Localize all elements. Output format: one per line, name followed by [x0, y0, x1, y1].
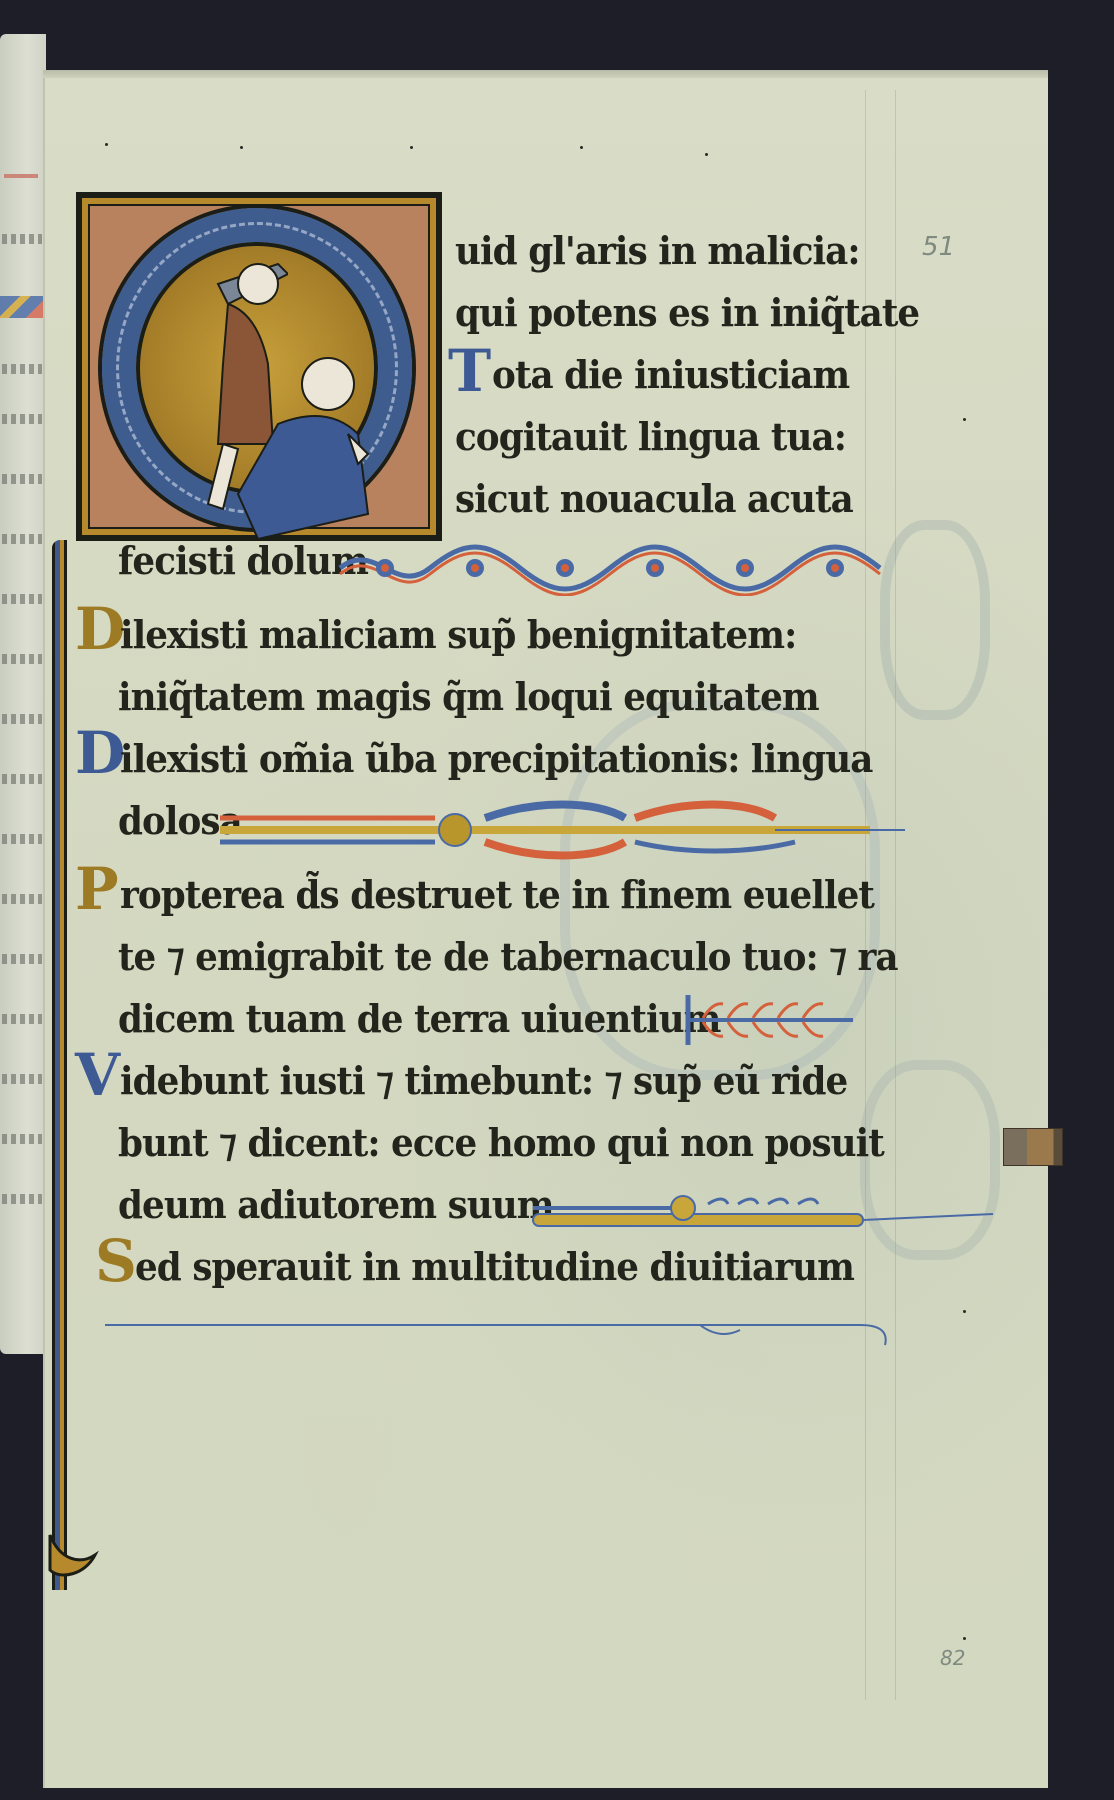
historiated-initial [76, 192, 442, 541]
text-trace [2, 1134, 42, 1144]
gold-bar-short-line-filler [528, 1186, 998, 1236]
kneeling-figure-icon [218, 344, 388, 544]
bottom-flourish [100, 1300, 900, 1350]
text-line-3: ota die iniusticiam [492, 352, 849, 397]
decorative-band-trace [0, 296, 46, 318]
gold-bar-line-filler [215, 800, 915, 860]
minor-initial-V: V [75, 1046, 120, 1104]
pricking-mark [963, 1310, 966, 1313]
text-line-4: cogitauit lingua tua: [455, 414, 846, 459]
pricking-mark [963, 1637, 966, 1640]
rubric-trace [4, 174, 38, 178]
text-trace [2, 1194, 42, 1204]
spiral-line-filler [335, 540, 895, 596]
minor-initial-S: S [95, 1232, 137, 1290]
text-trace [2, 534, 42, 544]
text-trace [2, 594, 42, 604]
text-line-2: qui potens es in iniq̃tate [455, 290, 919, 335]
show-through-ghost [880, 520, 990, 720]
page-tab-marker [1003, 1128, 1063, 1166]
text-line-8: iniq̃tatem magis q̃m loqui equitatem [118, 674, 819, 719]
text-line-6: fecisti dolum [118, 538, 368, 583]
marginal-bar-border [52, 540, 70, 1590]
feather-line-filler [683, 990, 863, 1050]
text-trace [2, 414, 42, 424]
text-line-13: dicem tuam de terra uiuentium [118, 996, 720, 1041]
text-trace [2, 954, 42, 964]
pricking-mark [105, 143, 108, 146]
text-line-12: te ⁊ emigrabit te de tabernaculo tuo: ⁊ … [118, 934, 898, 979]
text-trace [2, 834, 42, 844]
previous-leaf-edge [0, 34, 46, 1354]
minor-initial-D-2: D [75, 724, 125, 782]
text-line-15: bunt ⁊ dicent: ecce homo qui non posuit [118, 1120, 884, 1165]
text-trace [2, 1014, 42, 1024]
pricking-mark [580, 146, 583, 149]
text-trace [2, 474, 42, 484]
text-trace [2, 1074, 42, 1084]
text-line-11: ropterea d̃s destruet te in finem euelle… [120, 872, 874, 917]
folio-number-top: 51 [922, 232, 955, 262]
bar-terminal-icon [40, 1530, 100, 1590]
minor-initial-T: T [448, 342, 491, 400]
folio-number-bottom: 82 [940, 1646, 965, 1670]
pricking-mark [705, 153, 708, 156]
text-line-9: ilexisti om̃ia ũba precipitationis: lin… [120, 736, 872, 781]
text-trace [2, 714, 42, 724]
text-line-7: ilexisti maliciam sup̃ benignitatem: [120, 612, 796, 657]
pricking-mark [240, 146, 243, 149]
text-trace [2, 654, 42, 664]
text-trace [2, 774, 42, 784]
minor-initial-P: P [75, 860, 119, 918]
minor-initial-D: D [75, 600, 125, 658]
text-trace [2, 894, 42, 904]
text-line-16: deum adiutorem suum [118, 1182, 554, 1227]
text-line-5: sicut nouacula acuta [455, 476, 853, 521]
text-trace [2, 364, 42, 374]
text-line-1: uid gl'aris in malicia: [455, 228, 860, 273]
text-line-14: idebunt iusti ⁊ timebunt: ⁊ sup̃ eũ rid… [120, 1058, 847, 1103]
text-line-17: ed sperauit in multitudine diuitiarum [135, 1244, 854, 1289]
pricking-mark [410, 146, 413, 149]
text-trace [2, 234, 42, 244]
pricking-mark [963, 418, 966, 421]
